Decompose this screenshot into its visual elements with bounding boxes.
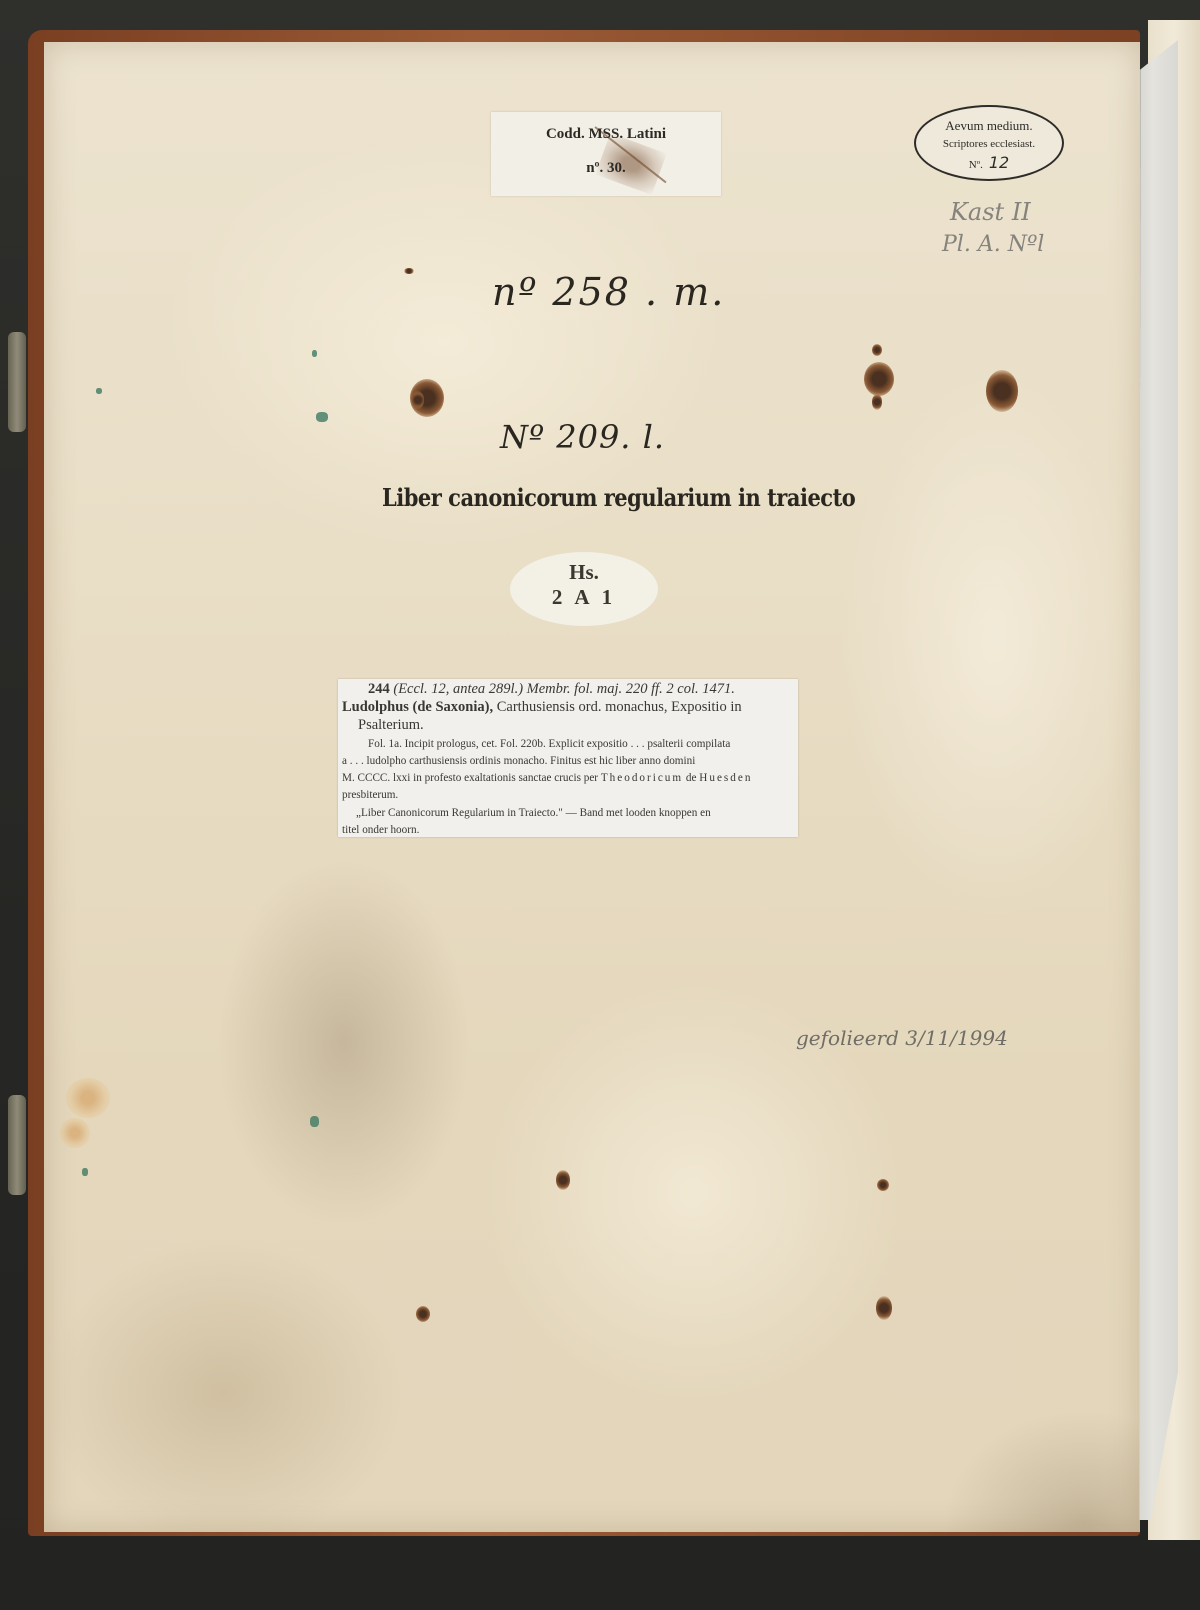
boss-hole bbox=[872, 344, 882, 356]
catalog-line-1: 244 (Eccl. 12, antea 289l.) Membr. fol. … bbox=[368, 681, 735, 698]
pencil-note-shelf: Pl. A. Nºl bbox=[942, 232, 1044, 257]
hs-line2: 2 A 1 bbox=[510, 585, 658, 610]
pencil-note-kast: Kast II bbox=[950, 198, 1031, 226]
catalog-description-slip: 244 (Eccl. 12, antea 289l.) Membr. fol. … bbox=[338, 679, 798, 837]
catalog-physical-description: (Eccl. 12, antea 289l.) Membr. fol. maj.… bbox=[393, 681, 735, 697]
green-stain bbox=[310, 1116, 319, 1127]
aevum-number: Nº.12 bbox=[916, 153, 1062, 172]
boss-hole bbox=[877, 1179, 889, 1191]
ink-number-209: Nº 209. l. bbox=[500, 418, 665, 456]
hs-line1: Hs. bbox=[510, 560, 658, 585]
hs-shelfmark-label: Hs. 2 A 1 bbox=[510, 552, 658, 626]
gothic-title-inscription: Liber canonicorum regularium in traiecto bbox=[382, 483, 855, 512]
flyleaf-edge bbox=[1136, 40, 1178, 1520]
catalog-line-5: a . . . ludolpho carthusiensis ordinis m… bbox=[342, 755, 695, 767]
catalog-line-6a: M. CCCC. lxxi in profesto exaltationis s… bbox=[342, 772, 601, 784]
catalog-line-2: Ludolphus (de Saxonia), Carthusiensis or… bbox=[342, 699, 742, 716]
clasp-upper bbox=[8, 332, 26, 432]
shelfmark-label: Codd. MSS. Latini nº. 30. bbox=[491, 112, 721, 196]
catalog-line-8: „Liber Canonicorum Regularium in Traiect… bbox=[356, 807, 711, 819]
catalog-author: Ludolphus (de Saxonia), bbox=[342, 699, 493, 715]
catalog-line-6c: de bbox=[683, 772, 699, 784]
catalog-line-7: presbiterum. bbox=[342, 789, 398, 801]
clasp-lower bbox=[8, 1095, 26, 1195]
boss-hole bbox=[864, 362, 894, 396]
catalog-number: 244 bbox=[368, 681, 390, 697]
water-stain bbox=[60, 1118, 90, 1148]
boss-hole bbox=[986, 370, 1018, 412]
green-stain bbox=[82, 1168, 88, 1176]
catalog-title-part: Carthusiensis ord. monachus, Expositio i… bbox=[493, 699, 742, 715]
catalog-line-6: M. CCCC. lxxi in profesto exaltationis s… bbox=[342, 772, 752, 784]
catalog-scribe-place: Huesden bbox=[699, 772, 752, 784]
boss-hole bbox=[876, 1296, 892, 1320]
boss-hole bbox=[556, 1170, 570, 1190]
catalog-line-9: titel onder hoorn. bbox=[342, 824, 419, 836]
boss-hole bbox=[416, 1306, 430, 1322]
green-stain bbox=[316, 412, 328, 422]
catalog-line-4: Fol. 1a. Incipit prologus, cet. Fol. 220… bbox=[368, 738, 730, 750]
aevum-number-prefix: Nº. bbox=[969, 159, 983, 171]
aevum-medium-label: Aevum medium. Scriptores ecclesiast. Nº.… bbox=[914, 105, 1064, 181]
aevum-number-handwritten: 12 bbox=[989, 153, 1009, 172]
pencil-note-foliated: gefolieerd 3/11/1994 bbox=[796, 1026, 1008, 1050]
boss-hole bbox=[412, 391, 424, 409]
water-stain bbox=[66, 1078, 110, 1118]
boss-hole bbox=[872, 394, 882, 410]
green-stain bbox=[96, 388, 102, 394]
catalog-scribe-name: Theodoricum bbox=[601, 772, 683, 784]
ink-number-258: nº 258 . m. bbox=[492, 270, 725, 314]
aevum-line2: Scriptores ecclesiast. bbox=[916, 138, 1062, 150]
green-stain bbox=[312, 350, 317, 357]
aevum-line1: Aevum medium. bbox=[916, 118, 1062, 134]
shelfmark-line2: nº. 30. bbox=[491, 160, 721, 177]
shelfmark-line1: Codd. MSS. Latini bbox=[491, 126, 721, 143]
catalog-line-3: Psalterium. bbox=[358, 717, 424, 734]
ink-spot bbox=[404, 268, 414, 274]
